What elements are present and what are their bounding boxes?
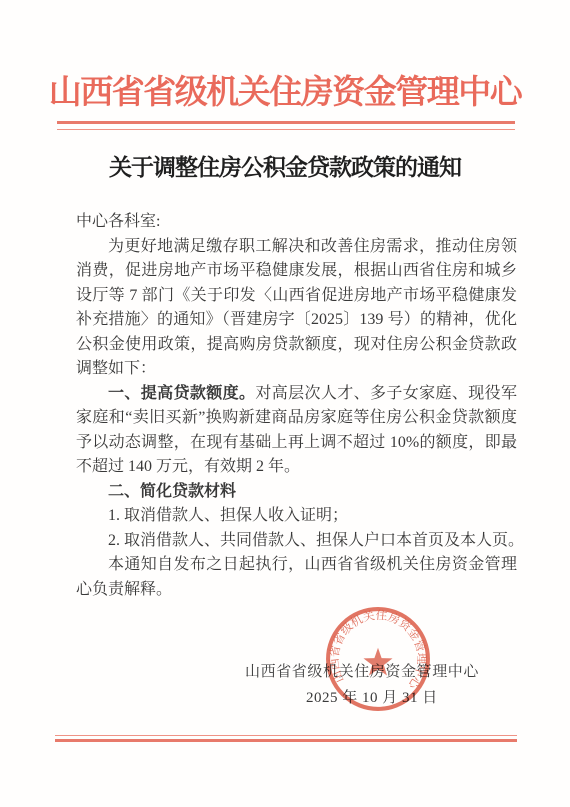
notice-title: 关于调整住房公积金贷款政策的通知: [0, 149, 570, 182]
star-icon: [363, 648, 392, 676]
document-page: 山西省省级机关住房资金管理中心 关于调整住房公积金贷款政策的通知 中心各科室: …: [0, 0, 570, 807]
footer-rule-thin: [55, 735, 517, 736]
notice-line: 设厅等 7 部门《关于印发〈山西省促进房地产市场平稳健康发展: [76, 284, 517, 309]
footer-rule-thick: [55, 739, 517, 742]
notice-line: 心负责解释。: [76, 578, 517, 603]
notice-line: 本通知自发布之日起执行，山西省省级机关住房资金管理中: [76, 553, 517, 578]
notice-line-item-1: 一、提高贷款额度。对高层次人才、多子女家庭、现役军人: [76, 382, 517, 407]
notice-line: 消费，促进房地产市场平稳健康发展，根据山西省住房和城乡建: [76, 259, 517, 284]
notice-line: 补充措施〉的通知》（晋建房字〔2025〕139 号）的精神，优化: [76, 308, 517, 333]
notice-line: 为更好地满足缴存职工解决和改善住房需求，推动住房领域: [76, 235, 517, 260]
letterhead-rule-thin: [57, 129, 515, 130]
official-seal: 山西省省级机关住房资金管理中心: [324, 605, 432, 713]
notice-line: 公积金使用政策，提高购房贷款额度，现对住房公积金贷款政策: [76, 333, 517, 358]
letterhead-rule-thick: [57, 121, 515, 124]
salutation-line: 中心各科室:: [76, 210, 517, 235]
item-1-heading: 一、提高贷款额度。: [108, 385, 255, 402]
letterhead-org-name: 山西省省级机关住房资金管理中心: [0, 66, 570, 113]
notice-line: 2. 取消借款人、共同借款人、担保人户口本首页及本人页。: [76, 529, 517, 554]
notice-line: 家庭和“卖旧买新”换购新建商品房家庭等住房公积金贷款额度: [76, 406, 517, 431]
notice-line: 1. 取消借款人、担保人收入证明；: [76, 504, 517, 529]
item-2-heading: 二、简化贷款材料: [108, 483, 236, 500]
notice-line: 予以动态调整，在现有基础上再上调不超过 10%的额度，即最高: [76, 431, 517, 456]
notice-body: 中心各科室: 为更好地满足缴存职工解决和改善住房需求，推动住房领域 消费，促进房…: [76, 210, 517, 602]
notice-line-item-2: 二、简化贷款材料: [76, 480, 517, 505]
notice-line: 不超过 140 万元，有效期 2 年。: [76, 455, 517, 480]
notice-line: 调整如下：: [76, 357, 517, 382]
